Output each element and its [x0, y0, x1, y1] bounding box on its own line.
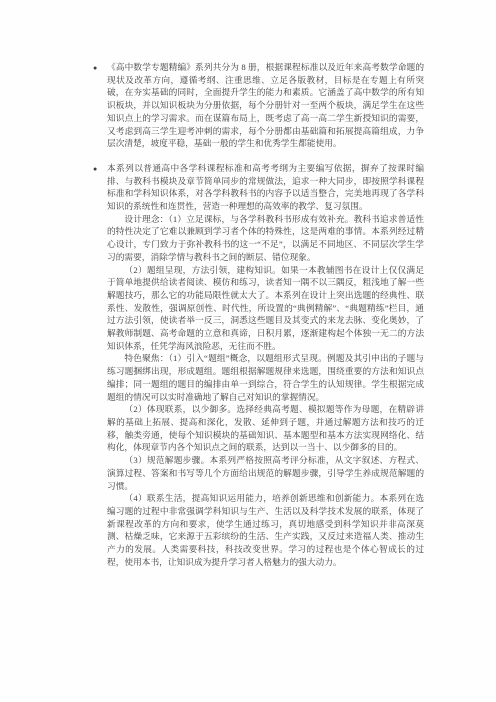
bullet-icon: ● — [93, 163, 97, 176]
bullet-icon: ● — [93, 62, 97, 75]
document-page: ● 《高中数学专题精编》系列共分为 8 册，根据课程标准以及近年来高考数学命题的… — [0, 0, 496, 702]
paragraph-design-concept-1: 设计理念：（1）立足课标，与各学科教科书形成有效补充。教科书追求普适性的特性决定… — [107, 213, 424, 264]
document-content: ● 《高中数学专题精编》系列共分为 8 册，根据课程标准以及近年来高考数学命题的… — [107, 61, 424, 568]
paragraph-feature-focus-3: （3）规范解题步骤。本系列严格按照高考评分标准，从文字叙述、方程式、演算过程、答… — [107, 454, 424, 492]
paragraph-feature-focus-1: 特色聚焦：（1）引入“题组”概念，以题组形式呈现。例题及其引申出的子题与练习题捆… — [107, 352, 424, 403]
paragraph-feature-focus-2: （2）体现联系，以少御多。选择经典高考题、模拟题等作为母题，在精辟讲解的基础上拓… — [107, 403, 424, 454]
bullet-item-series-intro: ● 《高中数学专题精编》系列共分为 8 册，根据课程标准以及近年来高考数学命题的… — [107, 61, 424, 150]
paragraph-feature-focus-4: （4）联系生活，提高知识运用能力，培养创新思维和创新能力。本系列在选编习题的过程… — [107, 492, 424, 568]
paragraph-series-overview: 《高中数学专题精编》系列共分为 8 册，根据课程标准以及近年来高考数学命题的现状… — [107, 61, 424, 150]
paragraph-compilation-basis: 本系列以普通高中各学科课程标准和高考考纲为主要编写依据，摒弃了按课时编排、与教科… — [107, 162, 424, 213]
bullet-item-series-design: ● 本系列以普通高中各学科课程标准和高考考纲为主要编写依据，摒弃了按课时编排、与… — [107, 162, 424, 569]
paragraph-design-concept-2: （2）题组呈现，方法引领，建构知识。如果一本教辅图书在设计上仅仅满足于简单地提供… — [107, 264, 424, 353]
